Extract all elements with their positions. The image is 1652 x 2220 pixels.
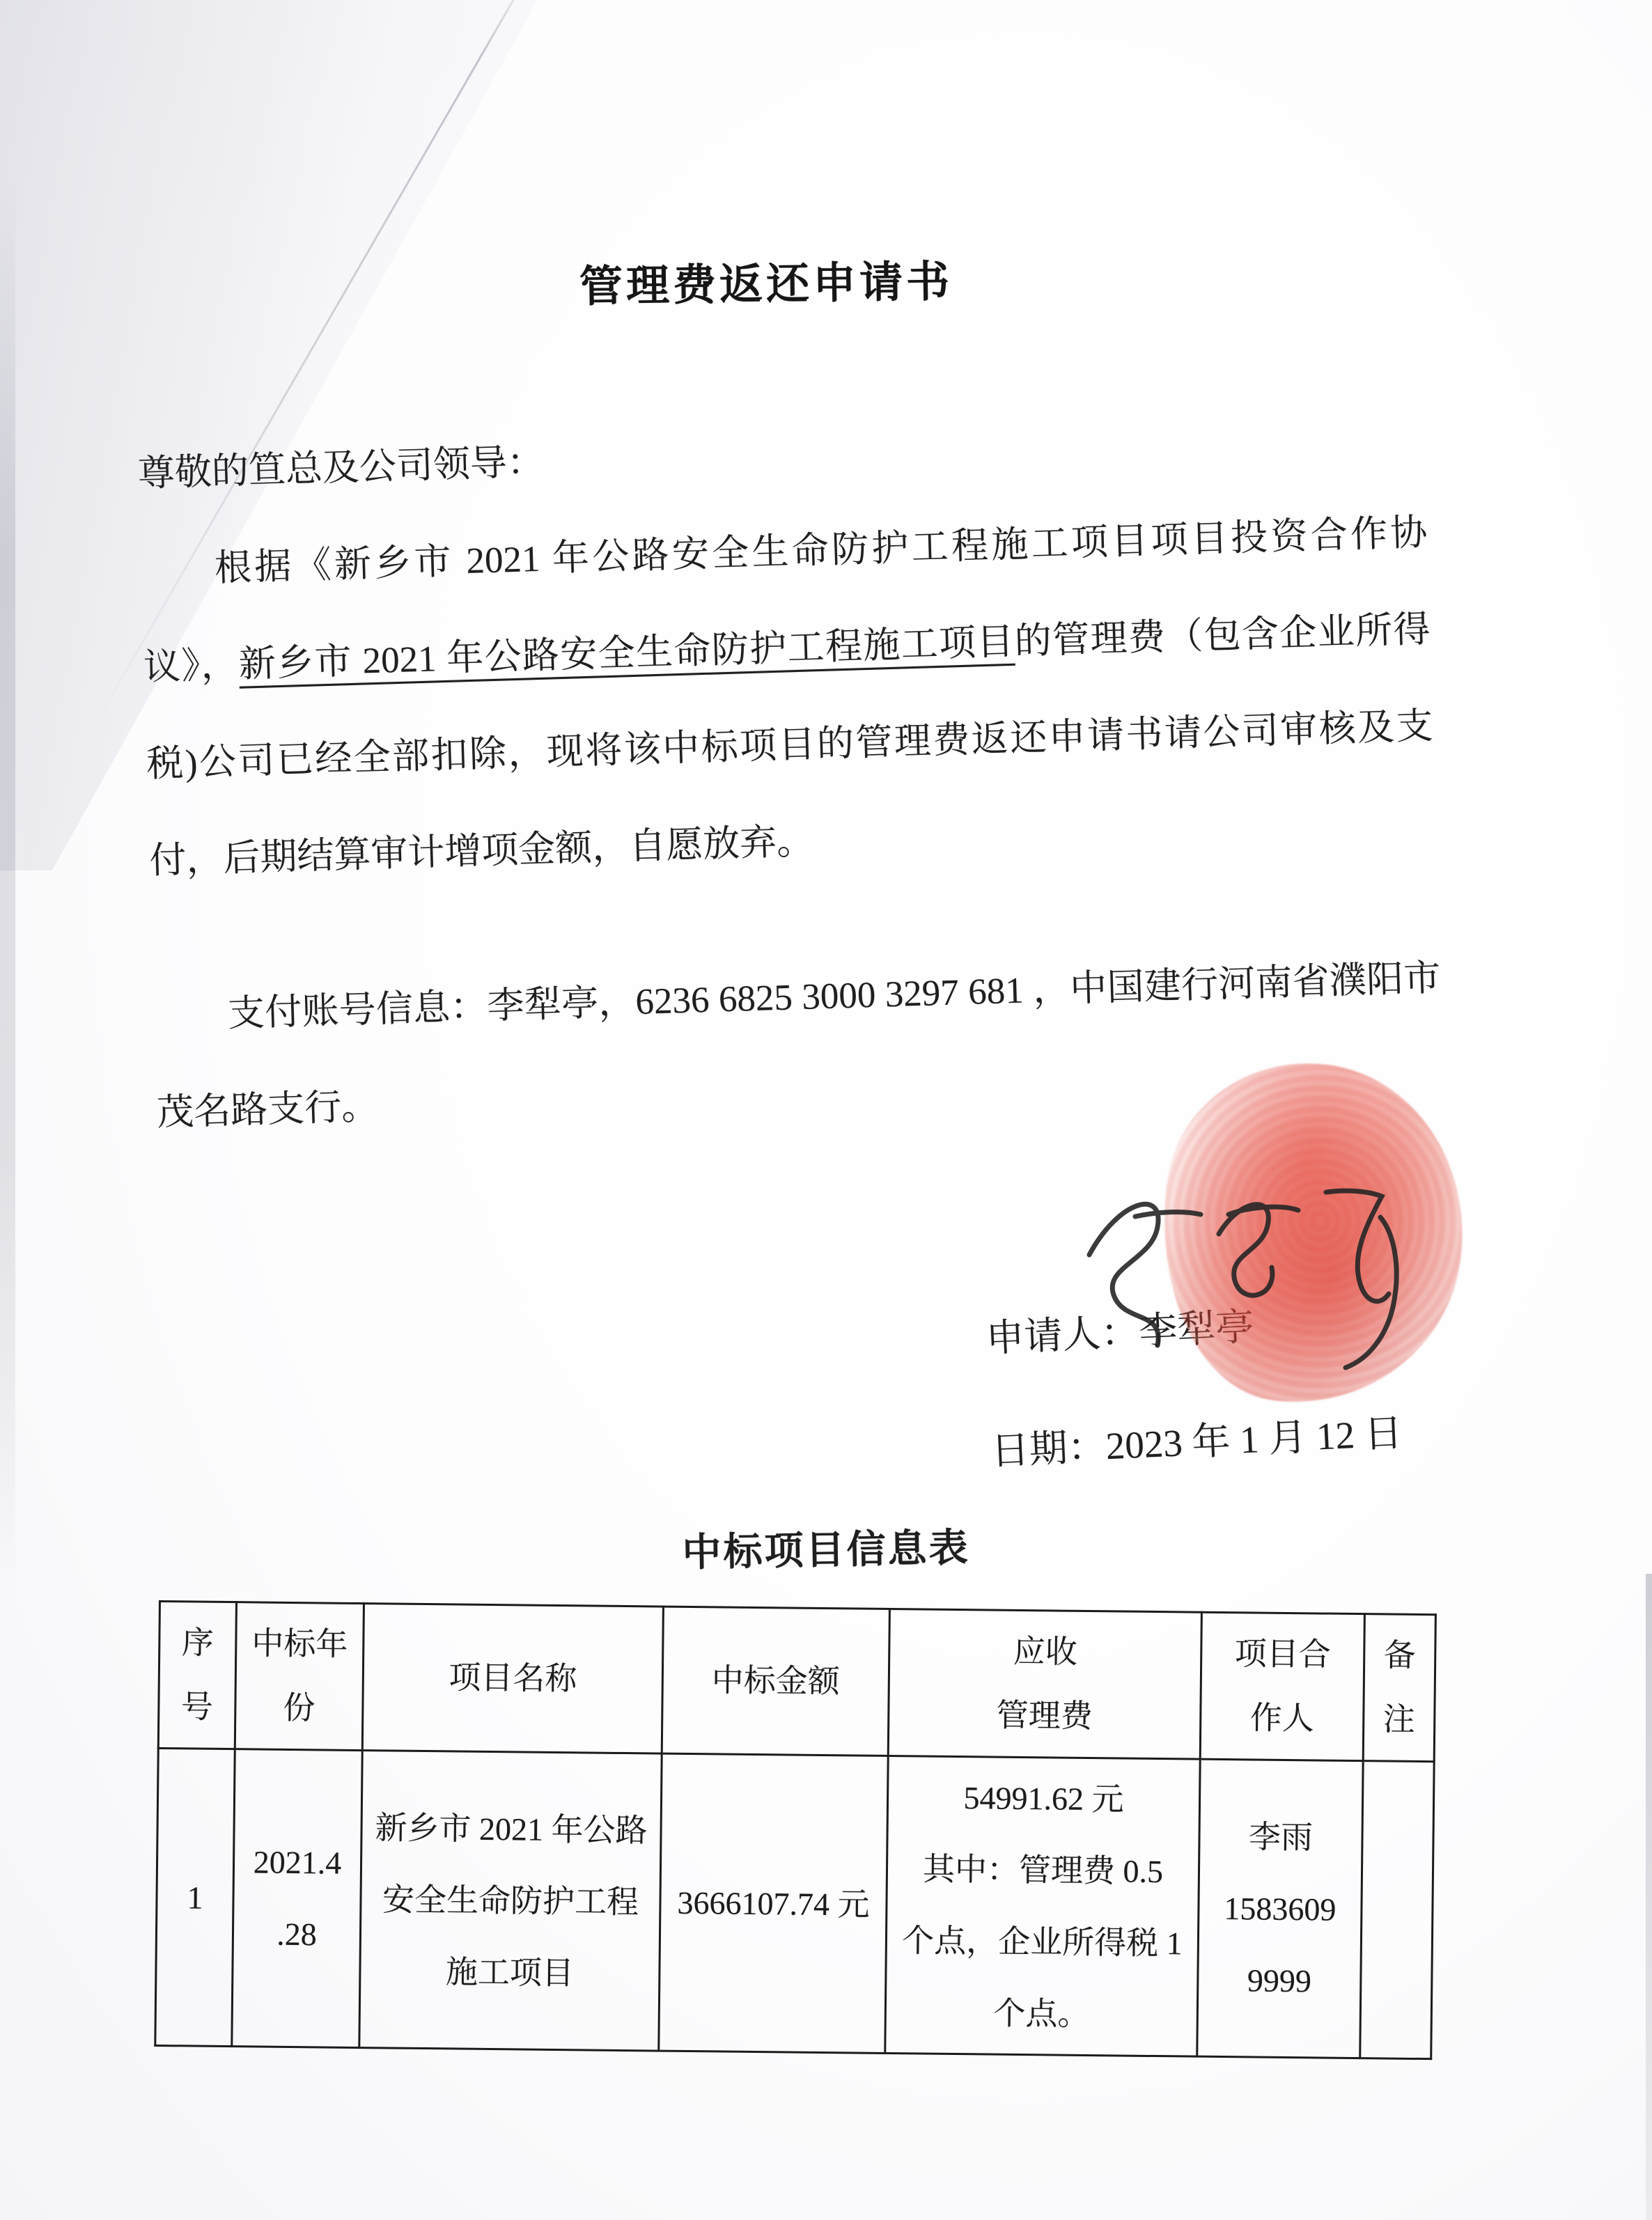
right-scan-shadow bbox=[1646, 1574, 1652, 2220]
col-header-fee: 应收 管理费 bbox=[888, 1609, 1201, 1759]
letter-body: 尊敬的笪总及公司领导： 根据《新乡市 2021 年公路安全生命防护工程施工项目项… bbox=[137, 388, 1445, 1162]
table-header-row: 序 号 中标年 份 项目名称 中标金额 应收 管理费 项目合 作人 备 注 bbox=[158, 1602, 1435, 1762]
date-line: 日期：2023 年 1 月 12 日 bbox=[988, 1377, 1405, 1508]
col-header-bid-year: 中标年 份 bbox=[235, 1602, 364, 1751]
underlined-project-name: 新乡市 2021 年公路安全生命防护工程施工项目 bbox=[238, 622, 1015, 685]
col-header-amount: 中标金额 bbox=[662, 1607, 889, 1756]
cell-amount: 3666107.74 元 bbox=[659, 1753, 888, 2053]
document-title: 管理费返还申请书 bbox=[579, 247, 953, 313]
cell-remark bbox=[1360, 1761, 1434, 2059]
col-header-serial: 序 号 bbox=[158, 1602, 236, 1749]
col-header-partner: 项目合 作人 bbox=[1200, 1612, 1364, 1760]
col-header-remark: 备 注 bbox=[1363, 1614, 1435, 1762]
cell-fee: 54991.62 元 其中：管理费 0.5 个点，企业所得税 1 个点。 bbox=[885, 1756, 1200, 2056]
cell-bid-date: 2021.4 .28 bbox=[232, 1749, 362, 2048]
col-header-project: 项目名称 bbox=[362, 1604, 663, 1753]
cell-serial: 1 bbox=[155, 1749, 235, 2047]
scanned-document-page: 管理费返还申请书 尊敬的笪总及公司领导： 根据《新乡市 2021 年公路安全生命… bbox=[0, 0, 1652, 2220]
handwritten-signature bbox=[1053, 1150, 1457, 1387]
cell-partner: 李雨 1583609 9999 bbox=[1197, 1759, 1363, 2058]
left-scan-shadow bbox=[0, 0, 15, 2220]
cell-project: 新乡市 2021 年公路 安全生命防护工程 施工项目 bbox=[359, 1751, 662, 2051]
table-title: 中标项目信息表 bbox=[0, 1505, 1652, 1589]
paragraph-agreement: 根据《新乡市 2021 年公路安全生命防护工程施工项目项目投资合作协议》，新乡市… bbox=[139, 485, 1437, 910]
table-row: 1 2021.4 .28 新乡市 2021 年公路 安全生命防护工程 施工项目 … bbox=[155, 1749, 1434, 2059]
bid-project-table: 序 号 中标年 份 项目名称 中标金额 应收 管理费 项目合 作人 备 注 1 … bbox=[154, 1600, 1437, 2060]
